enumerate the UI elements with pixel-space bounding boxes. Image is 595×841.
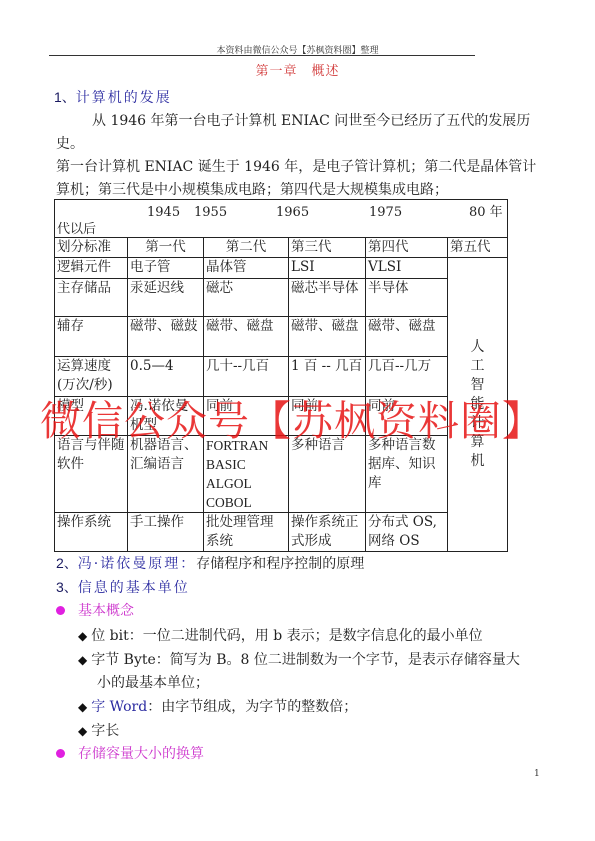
intro-paragraph-line: 第一台计算机 ENIAC 诞生于 1946 年，是电子管计算机；第二代是晶体管计 bbox=[56, 156, 536, 176]
section-label: 冯·诺依曼原理 bbox=[78, 556, 180, 572]
table-cell: 同前 bbox=[204, 397, 289, 436]
column-header: 第五代 bbox=[448, 238, 508, 258]
year-row: 1945 1955 1965 1975 80 年 代以后 bbox=[55, 200, 508, 238]
table-cell: 晶体管 bbox=[204, 258, 289, 279]
section-label: 信息的基本单位 bbox=[78, 580, 190, 596]
section-heading-1: 1、计算机的发展 bbox=[54, 87, 172, 107]
intro-paragraph-line: 从 1946 年第一台电子计算机 ENIAC 问世至今已经历了五代的发展历 bbox=[92, 110, 530, 130]
basic-concepts-heading: 基本概念 bbox=[56, 600, 134, 620]
vertical-char: 算 bbox=[450, 433, 505, 452]
table-cell: 1 百 -- 几百 bbox=[289, 357, 366, 397]
year-cell: 1945 1955 1965 1975 80 年 代以后 bbox=[55, 200, 508, 238]
section-number: 2、 bbox=[56, 555, 78, 571]
table-row: 逻辑元件 电子管 晶体管 LSI VLSI 人 工 智 能 计 算 机 bbox=[55, 258, 508, 279]
column-header: 第三代 bbox=[289, 238, 366, 258]
row-label: 逻辑元件 bbox=[55, 258, 128, 279]
row-label: 运算速度(万次/秒) bbox=[55, 357, 128, 397]
diamond-bullet-icon: ◆ bbox=[78, 700, 87, 714]
table-cell: 磁带、磁盘 bbox=[366, 317, 448, 357]
concept-text: ：由字节组成，为字节的整数倍； bbox=[147, 699, 357, 715]
table-cell: 机器语言、汇编语言 bbox=[128, 436, 204, 513]
concept-item-byte-cont: 小的最基本单位； bbox=[97, 672, 209, 692]
vertical-char: 人 bbox=[450, 338, 505, 357]
table-cell: 汞延迟线 bbox=[128, 279, 204, 317]
table-cell: 磁芯 bbox=[204, 279, 289, 317]
column-header: 第一代 bbox=[128, 238, 204, 258]
heading-label: 基本概念 bbox=[78, 603, 134, 619]
bullet-dot-icon bbox=[56, 749, 65, 758]
heading-label: 存储容量大小的换算 bbox=[78, 746, 204, 762]
concept-item-word-length: ◆字长 bbox=[78, 720, 119, 740]
table-cell: 磁芯半导体 bbox=[289, 279, 366, 317]
year-label: 1975 bbox=[369, 203, 402, 222]
table-cell: 手工操作 bbox=[128, 513, 204, 552]
table-row: 模型 冯.诺依曼机型 同前 同前 同前 bbox=[55, 397, 508, 436]
table-cell: 冯.诺依曼机型 bbox=[128, 397, 204, 436]
table-row: 语言与伴随软件 机器语言、汇编语言 FORTRAN BASIC ALGOL CO… bbox=[55, 436, 508, 513]
section-heading-2: 2、冯·诺依曼原理：存储程序和程序控制的原理 bbox=[56, 553, 364, 573]
section-text: 存储程序和程序控制的原理 bbox=[196, 556, 364, 572]
year-label: 1945 bbox=[147, 203, 180, 222]
vertical-char: 能 bbox=[450, 395, 505, 414]
table-cell: 同前 bbox=[289, 397, 366, 436]
section-heading-3: 3、信息的基本单位 bbox=[56, 577, 190, 597]
row-label: 主存储品 bbox=[55, 279, 128, 317]
table-cell: 磁带、磁鼓 bbox=[128, 317, 204, 357]
column-header: 第四代 bbox=[366, 238, 448, 258]
row-label: 操作系统 bbox=[55, 513, 128, 552]
intro-paragraph-line: 史。 bbox=[56, 133, 84, 153]
table-row: 主存储品 汞延迟线 磁芯 磁芯半导体 半导体 bbox=[55, 279, 508, 317]
table-row: 操作系统 手工操作 批处理管理系统 操作系统正式形成 分布式 OS,网络 OS bbox=[55, 513, 508, 552]
table-cell: VLSI bbox=[366, 258, 448, 279]
intro-paragraph-line: 算机；第三代是中小规模集成电路；第四代是大规模集成电路； bbox=[56, 179, 448, 199]
vertical-char: 计 bbox=[450, 414, 505, 433]
diamond-bullet-icon: ◆ bbox=[78, 653, 87, 667]
diamond-bullet-icon: ◆ bbox=[78, 724, 87, 738]
section-number: 3、 bbox=[56, 579, 78, 595]
section-colon: ： bbox=[180, 556, 196, 572]
concept-text: ：简写为 B。8 位二进制数为一个字节，是表示存储容量大 bbox=[156, 652, 520, 668]
concept-item-byte: ◆字节 Byte：简写为 B。8 位二进制数为一个字节，是表示存储容量大 bbox=[78, 649, 520, 669]
table-row: 运算速度(万次/秒) 0.5—4 几十--几百 1 百 -- 几百 几百--几万 bbox=[55, 357, 508, 397]
header-rule bbox=[49, 55, 475, 56]
storage-conversion-heading: 存储容量大小的换算 bbox=[56, 743, 204, 763]
column-header: 第二代 bbox=[204, 238, 289, 258]
concept-item-word: ◆字 Word：由字节组成，为字节的整数倍； bbox=[78, 696, 357, 716]
concept-term: 字 Word bbox=[91, 699, 147, 715]
table-header-row: 划分标准 第一代 第二代 第三代 第四代 第五代 bbox=[55, 238, 508, 258]
concept-text: ：一位二进制代码，用 b 表示；是数字信息化的最小单位 bbox=[129, 628, 483, 644]
table-cell: 半导体 bbox=[366, 279, 448, 317]
section-label: 计算机的发展 bbox=[76, 90, 172, 106]
column-header: 划分标准 bbox=[55, 238, 128, 258]
page-number: 1 bbox=[534, 769, 540, 779]
table-cell: 多种语言 bbox=[289, 436, 366, 513]
fifth-generation-cell: 人 工 智 能 计 算 机 bbox=[448, 258, 508, 552]
table-cell: 电子管 bbox=[128, 258, 204, 279]
year-label-tail: 代以后 bbox=[57, 220, 96, 238]
table-cell: 批处理管理系统 bbox=[204, 513, 289, 552]
bullet-dot-icon bbox=[56, 606, 65, 615]
year-label: 1955 bbox=[194, 203, 227, 222]
table-cell: 分布式 OS,网络 OS bbox=[366, 513, 448, 552]
concept-term: 位 bit bbox=[91, 628, 129, 644]
table-cell: 同前 bbox=[366, 397, 448, 436]
row-label: 辅存 bbox=[55, 317, 128, 357]
diamond-bullet-icon: ◆ bbox=[78, 629, 87, 643]
table-cell: 磁带、磁盘 bbox=[204, 317, 289, 357]
generations-table: 1945 1955 1965 1975 80 年 代以后 划分标准 第一代 第二… bbox=[54, 199, 508, 552]
concept-term: 字节 Byte bbox=[91, 652, 156, 668]
table-cell: 几百--几万 bbox=[366, 357, 448, 397]
chapter-title: 第一章 概述 bbox=[0, 60, 595, 79]
concept-term: 字长 bbox=[91, 723, 119, 739]
year-label: 1965 bbox=[276, 203, 309, 222]
year-label: 80 年 bbox=[469, 203, 503, 222]
section-number: 1、 bbox=[54, 89, 76, 105]
table-cell: 磁带、磁盘 bbox=[289, 317, 366, 357]
table-cell: FORTRAN BASIC ALGOL COBOL bbox=[204, 436, 289, 513]
table-cell: LSI bbox=[289, 258, 366, 279]
table-cell: 0.5—4 bbox=[128, 357, 204, 397]
concept-item-bit: ◆位 bit：一位二进制代码，用 b 表示；是数字信息化的最小单位 bbox=[78, 625, 483, 645]
vertical-char: 机 bbox=[450, 452, 505, 471]
table-cell: 几十--几百 bbox=[204, 357, 289, 397]
row-label: 语言与伴随软件 bbox=[55, 436, 128, 513]
table-cell: 多种语言数据库、知识库 bbox=[366, 436, 448, 513]
vertical-char: 工 bbox=[450, 357, 505, 376]
vertical-char: 智 bbox=[450, 376, 505, 395]
table-cell: 操作系统正式形成 bbox=[289, 513, 366, 552]
row-label: 模型 bbox=[55, 397, 128, 436]
table-row: 辅存 磁带、磁鼓 磁带、磁盘 磁带、磁盘 磁带、磁盘 bbox=[55, 317, 508, 357]
